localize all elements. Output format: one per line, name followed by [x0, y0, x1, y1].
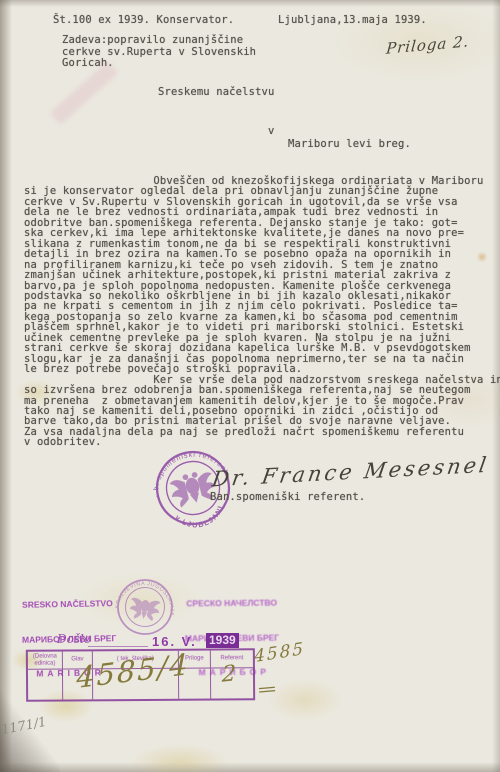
svg-text:v LJUBLJANI: v LJUBLJANI	[172, 502, 229, 535]
recipient-v: v	[268, 126, 274, 138]
place-date-line: Ljubljana,13.maja 1939.	[278, 15, 427, 27]
handwritten-priloge-count: 2	[222, 661, 237, 688]
reference-line: Št.100 ex 1939. Konservator.	[53, 15, 234, 27]
recipient-heading: Sreskemu načelstvu	[158, 87, 275, 99]
doslo-underline	[88, 646, 148, 647]
office-left-line1: SRESKO NAČELSTVO	[21, 598, 113, 611]
handwritten-equals-mark: =	[256, 679, 279, 701]
intake-cell	[28, 670, 63, 700]
royal-seal-eagle	[128, 597, 161, 622]
body-paragraph-2: Ker se vrše dela pod nadzorstvom sreskeg…	[24, 375, 500, 448]
received-year: 1939	[206, 633, 239, 648]
letter-body: Obveščen od knezoškofijskega ordinariata…	[24, 176, 500, 448]
received-day-month: 16. V.	[152, 634, 197, 649]
signature-role: Ban.spomeniški referent.	[210, 492, 365, 504]
doslo-label: Došlo	[57, 632, 91, 646]
intake-header-delovna: (Delovna edinica)	[28, 652, 63, 670]
subject-block: Zadeva:popravilo zunanjščine cerkve sv.R…	[62, 35, 256, 70]
seal-bottom-text: v LJUBLJANI	[172, 502, 229, 535]
body-paragraph-1: Obveščen od knezoškofijskega ordinariata…	[24, 176, 500, 375]
recipient-city: Mariboru levi breg.	[288, 139, 411, 151]
scanned-letter-page: Št.100 ex 1939. Konservator. Ljubljana,1…	[0, 0, 500, 772]
office-right-line1: СРЕСКО НАЧЕЛСТВО	[172, 597, 292, 610]
